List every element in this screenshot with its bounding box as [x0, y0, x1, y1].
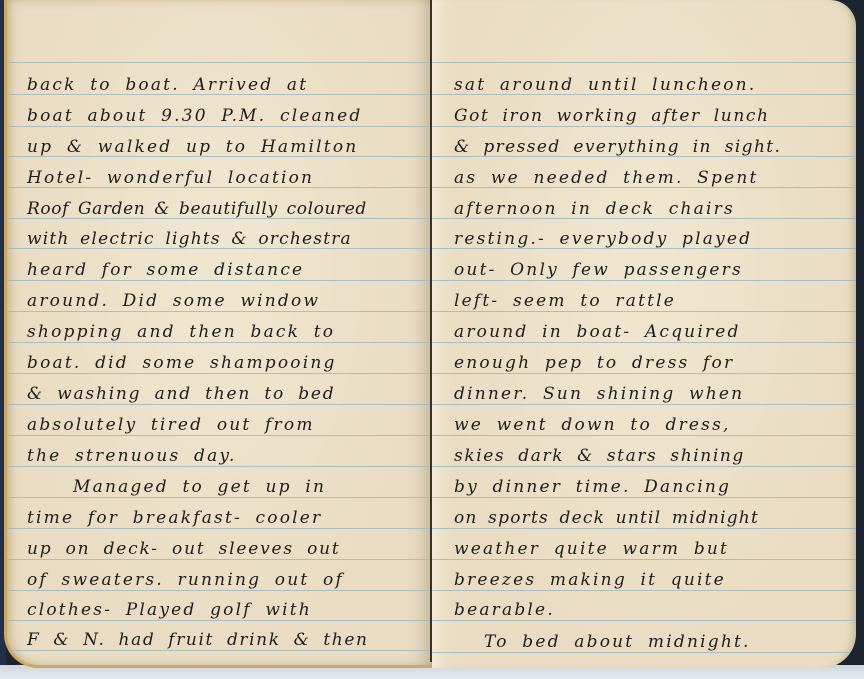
handwritten-line: bearable.: [454, 600, 555, 620]
handwritten-line: as we needed them. Spent: [454, 168, 759, 188]
handwritten-line: To bed about midnight.: [454, 632, 751, 652]
rule-line: [7, 280, 432, 281]
rule-line: [7, 650, 432, 651]
rule-line: [432, 466, 856, 467]
handwritten-line: the strenuous day.: [27, 446, 237, 466]
handwritten-line: sat around until luncheon.: [454, 75, 756, 95]
rule-line: [432, 373, 856, 374]
rule-line: [432, 404, 856, 405]
rule-line: [432, 590, 856, 591]
handwritten-line: resting.- everybody played: [454, 229, 752, 249]
rule-line: [7, 620, 432, 621]
right-page: sat around until luncheon. Got iron work…: [432, 0, 856, 668]
rule-line: [7, 404, 432, 405]
rule-line: [432, 435, 856, 436]
handwritten-line: up on deck- out sleeves out: [27, 539, 341, 559]
handwritten-line: on sports deck until midnight: [454, 508, 759, 528]
rule-line: [7, 466, 432, 467]
rule-line: [432, 311, 856, 312]
handwritten-line: heard for some distance: [27, 260, 304, 280]
rule-line: [432, 126, 856, 127]
handwritten-line: breezes making it quite: [454, 570, 726, 590]
handwritten-line: enough pep to dress for: [454, 353, 734, 373]
rule-line: [7, 497, 432, 498]
rule-line: [7, 559, 432, 560]
rule-line: [7, 342, 432, 343]
handwritten-line: weather quite warm but: [454, 539, 729, 559]
rule-line: [432, 528, 856, 529]
handwritten-line: F & N. had fruit drink & then: [27, 630, 369, 650]
handwritten-line: time for breakfast- cooler: [27, 508, 322, 528]
handwritten-line: by dinner time. Dancing: [454, 477, 731, 497]
rule-line: [7, 373, 432, 374]
handwritten-line: with electric lights & orchestra: [27, 229, 352, 249]
handwritten-line: we went down to dress,: [454, 415, 731, 435]
handwritten-line: skies dark & stars shining: [454, 446, 745, 466]
handwritten-line: Managed to get up in: [27, 477, 326, 497]
handwritten-line: clothes- Played golf with: [27, 600, 312, 620]
handwritten-line: shopping and then back to: [27, 322, 335, 342]
handwritten-line: afternoon in deck chairs: [454, 199, 735, 219]
handwritten-line: left- seem to rattle: [454, 291, 676, 311]
rule-line: [432, 559, 856, 560]
handwritten-line: Got iron working after lunch: [454, 106, 770, 126]
rule-line: [7, 435, 432, 436]
rule-line: [432, 342, 856, 343]
rule-line: [7, 590, 432, 591]
handwritten-line: of sweaters. running out of: [27, 570, 344, 590]
handwritten-line: around in boat- Acquired: [454, 322, 741, 342]
handwritten-line: & washing and then to bed: [27, 384, 335, 404]
handwritten-line: around. Did some window: [27, 291, 320, 311]
handwritten-line: back to boat. Arrived at: [27, 75, 308, 95]
handwritten-line: Hotel- wonderful location: [27, 168, 314, 188]
rule-line: [432, 62, 856, 63]
rule-line: [432, 652, 856, 653]
handwritten-line: boat about 9.30 P.M. cleaned: [27, 106, 362, 126]
rule-line: [7, 62, 432, 63]
rule-line: [7, 126, 432, 127]
rule-line: [7, 528, 432, 529]
rule-line: [432, 620, 856, 621]
handwritten-line: out- Only few passengers: [454, 260, 743, 280]
handwritten-line: up & walked up to Hamilton: [27, 137, 358, 157]
rule-line: [7, 311, 432, 312]
rule-line: [432, 497, 856, 498]
rule-line: [432, 280, 856, 281]
handwritten-line: boat. did some shampooing: [27, 353, 337, 373]
handwritten-line: Roof Garden & beautifully coloured: [27, 199, 367, 219]
handwritten-line: dinner. Sun shining when: [454, 384, 744, 404]
handwritten-line: & pressed everything in sight.: [454, 137, 781, 157]
left-page: back to boat. Arrived at boat about 9.30…: [4, 0, 432, 668]
handwritten-line: absolutely tired out from: [27, 415, 315, 435]
